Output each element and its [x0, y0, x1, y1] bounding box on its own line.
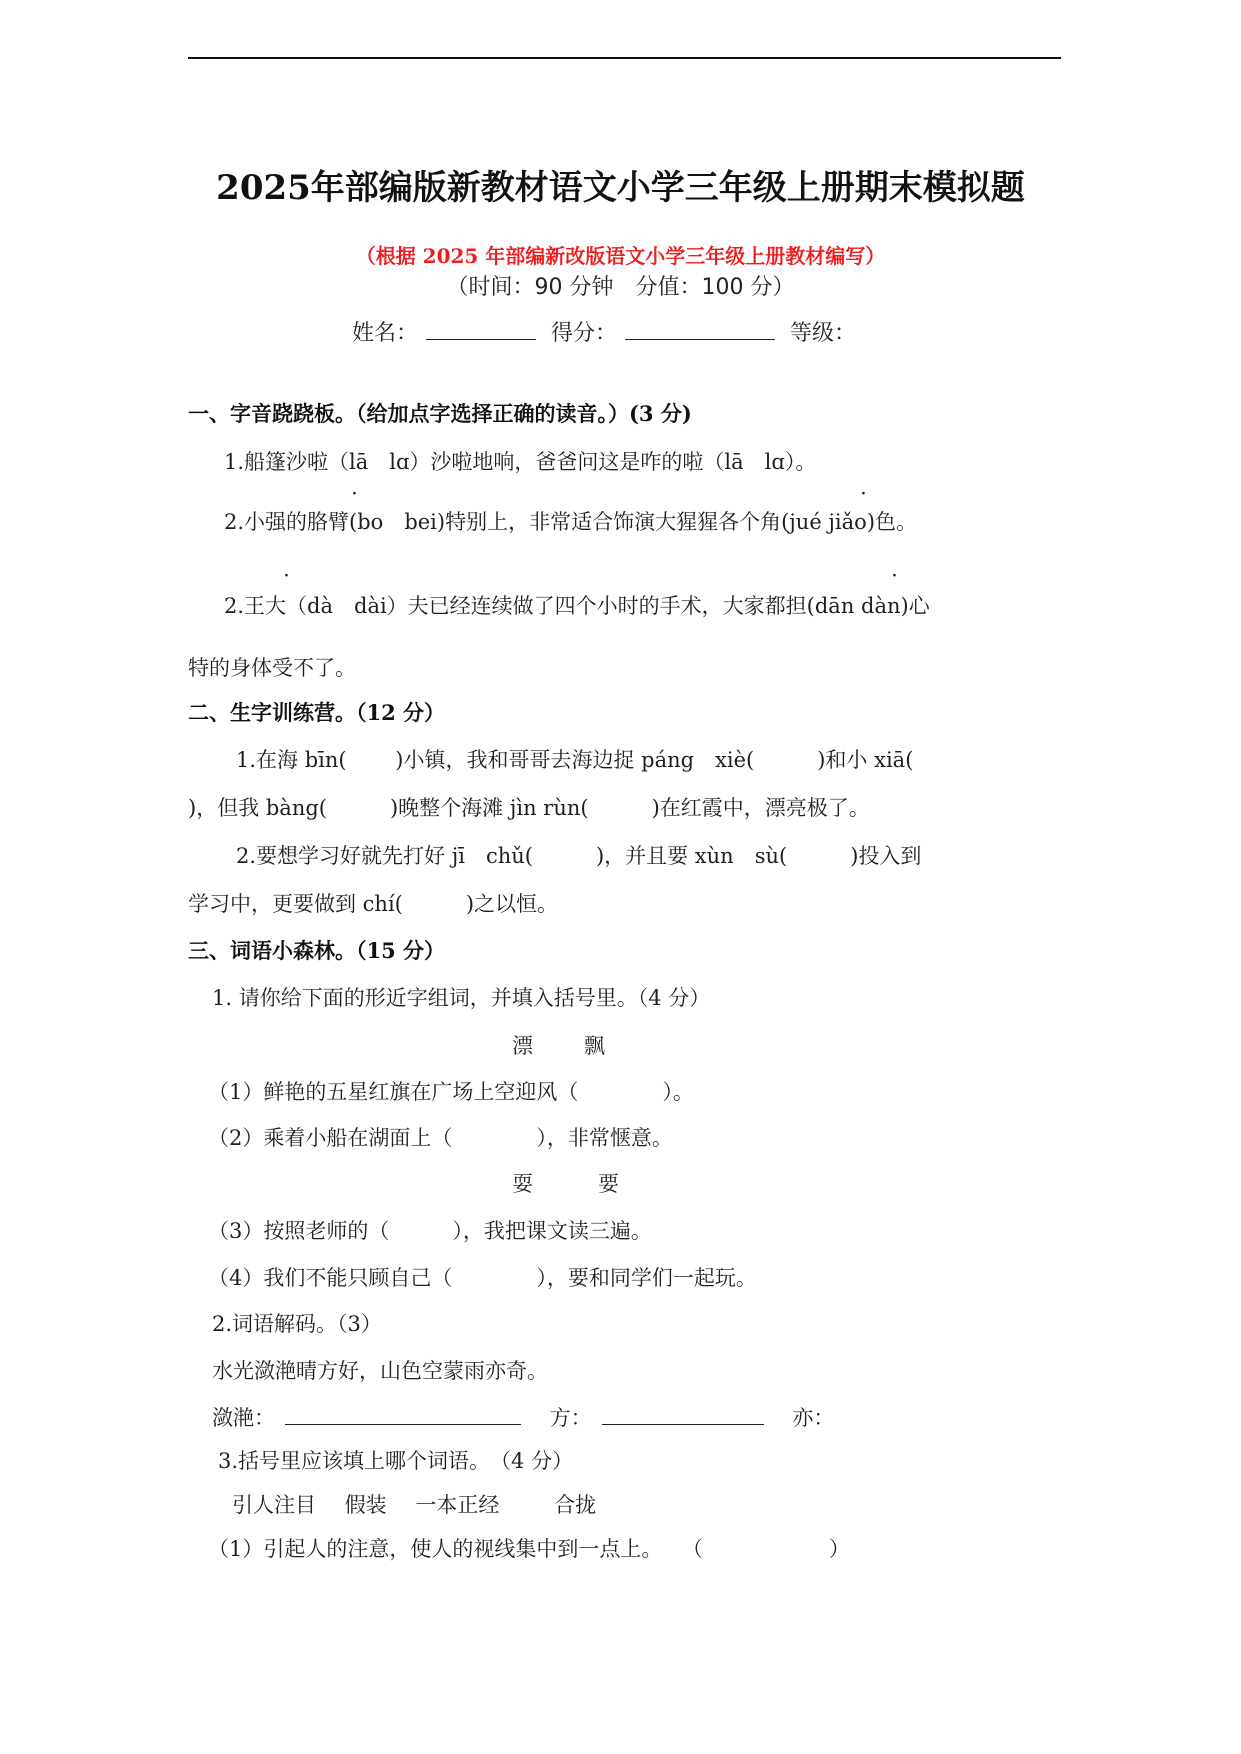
time-and-score-info: （时间：90 分钟 分值：100 分）	[0, 270, 1241, 301]
score-label: 得分：	[551, 321, 617, 346]
section-3-heading: 三、词语小森林。（15 分）	[188, 935, 445, 965]
word-decode-row: 潋滟： 方： 亦：	[212, 1402, 834, 1432]
section-1-question-3-line-2: 特的身体受不了。	[188, 652, 356, 682]
word-bank: 引人注目 假装 一本正经 合拢	[232, 1489, 596, 1519]
section-1-question-3-line-1: 2.王大（dà dài）夫已经连续做了四个小时的手术，大家都担(dān dàn)…	[224, 590, 930, 620]
section-1-heading: 一、字音跷跷板。（给加点字选择正确的读音。）(3 分)	[188, 398, 692, 428]
word-bank-item: 合拢	[554, 1493, 596, 1517]
word-bank-item: 假装	[345, 1493, 387, 1517]
section-3-part-1-q3: （3）按照老师的（ ），我把课文读三遍。	[208, 1215, 652, 1245]
section-3-part-2-title: 2.词语解码。（3）	[212, 1308, 382, 1338]
section-3-part-1-q2: （2）乘着小船在湖面上（ ），非常惬意。	[208, 1122, 673, 1152]
section-3-part-1-q4: （4）我们不能只顾自己（ ），要和同学们一起玩。	[208, 1262, 757, 1292]
word-bank-item: 一本正经	[415, 1493, 499, 1517]
decode-blank-lianyan[interactable]	[285, 1404, 521, 1425]
section-2-question-2-line-1: 2.要想学习好就先打好 jī chǔ( )，并且要 xùn sù( )投入到	[236, 840, 921, 870]
similar-char-2b: 要	[598, 1168, 619, 1198]
emphasis-dot: ·	[861, 486, 866, 502]
student-info-row: 姓名： 得分： 等级：	[352, 316, 856, 347]
section-2-question-2-line-2: 学习中，更要做到 chí( )之以恒。	[188, 888, 558, 918]
grade-label: 等级：	[790, 321, 856, 346]
decode-label-lianyan: 潋滟：	[212, 1406, 275, 1430]
section-3-part-3-title: 3.括号里应该填上哪个词语。 （4 分）	[218, 1445, 573, 1475]
similar-char-2a: 耍	[512, 1168, 533, 1198]
exam-subtitle: （根据 2025 年部编新改版语文小学三年级上册教材编写）	[0, 240, 1241, 269]
score-field[interactable]	[625, 317, 775, 340]
name-field[interactable]	[426, 317, 536, 340]
emphasis-dot: ·	[352, 486, 357, 502]
section-3-part-1-title: 1. 请你给下面的形近字组词，并填入括号里。（4 分）	[212, 982, 710, 1012]
section-1-question-2: 2.小强的胳臂(bo bei)特别上，非常适合饰演大猩猩各个角(jué jiǎo…	[224, 506, 917, 536]
decode-label-fang: 方：	[550, 1406, 592, 1430]
decode-blank-fang[interactable]	[602, 1404, 764, 1425]
name-label: 姓名：	[352, 321, 418, 346]
section-2-question-1-line-2: )，但我 bàng( )晚整个海滩 jìn rùn( )在红霞中，漂亮极了。	[188, 792, 870, 822]
answer-blank[interactable]: （ ）	[692, 1537, 850, 1561]
question-text: （1）引起人的注意，使人的视线集中到一点上。	[208, 1537, 662, 1561]
poem-line: 水光潋滟晴方好，山色空蒙雨亦奇。	[212, 1355, 548, 1385]
section-3-part-1-q1: （1）鲜艳的五星红旗在广场上空迎风（ ）。	[208, 1076, 694, 1106]
similar-char-1a: 漂	[512, 1030, 533, 1060]
section-2-question-1-line-1: 1.在海 bīn( )小镇，我和哥哥去海边捉 páng xiè( )和小 xiā…	[236, 744, 913, 774]
header-rule	[188, 57, 1061, 59]
emphasis-dot: ·	[892, 568, 897, 584]
emphasis-dot: ·	[284, 568, 289, 584]
word-bank-item: 引人注目	[232, 1493, 316, 1517]
section-2-heading: 二、生字训练营。（12 分）	[188, 697, 445, 727]
decode-label-yi: 亦：	[792, 1406, 834, 1430]
section-1-question-1: 1.船篷沙啦（lā lɑ）沙啦地响，爸爸问这是咋的啦（lā lɑ）。	[224, 446, 816, 476]
similar-char-1b: 飘	[584, 1030, 605, 1060]
page-title: 2025年部编版新教材语文小学三年级上册期末模拟题	[0, 160, 1241, 209]
section-3-part-3-q1: （1）引起人的注意，使人的视线集中到一点上。（ ）	[208, 1533, 850, 1563]
